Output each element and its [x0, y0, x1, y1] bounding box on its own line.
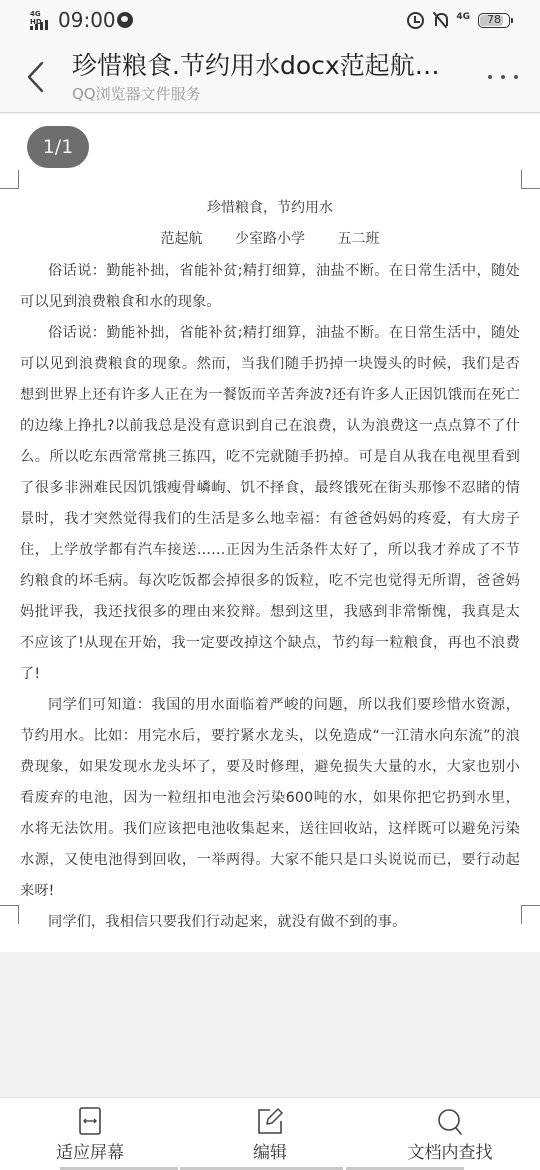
fit-screen-button[interactable]: 适应屏幕: [0, 1098, 180, 1164]
paragraph: 俗话说：勤能补拙，省能补贫;精打细算，油盐不断。在日常生活中，随处可以见到浪费粮…: [20, 256, 520, 318]
battery-icon: 78: [478, 13, 510, 28]
paragraph: 俗话说：勤能补拙，省能补贫;精打细算，油盐不断。在日常生活中，随处可以见到浪费粮…: [20, 318, 520, 690]
fit-screen-icon: [76, 1107, 104, 1135]
mute-bell-icon: [432, 11, 448, 29]
edit-icon: [256, 1107, 284, 1135]
alarm-icon: [407, 12, 424, 29]
qq-browser-icon: [117, 12, 133, 28]
battery-level: 78: [487, 14, 501, 26]
document-title: 珍惜粮食.节约用水docx范起航…: [72, 50, 472, 82]
author-name: 范起航: [161, 222, 203, 256]
fit-screen-label: 适应屏幕: [0, 1142, 180, 1164]
find-label: 文档内查找: [360, 1142, 540, 1164]
bottom-toolbar: 适应屏幕 编辑 文档内查找: [0, 1097, 540, 1170]
document-viewer[interactable]: 1/1 珍惜粮食，节约用水 范起航 少室路小学 五二班 俗话说：勤能补拙，省能补…: [0, 114, 540, 952]
4g-icon: 4G: [456, 12, 470, 22]
nav-bar: 珍惜粮食.节约用水docx范起航… QQ浏览器文件服务: [0, 40, 540, 113]
page-corner-mark: [521, 170, 540, 189]
page-corner-mark: [521, 905, 540, 924]
signal-icon: 4G HD: [30, 10, 52, 28]
document-page: 珍惜粮食，节约用水 范起航 少室路小学 五二班 俗话说：勤能补拙，省能补贫;精打…: [20, 194, 520, 938]
edit-label: 编辑: [180, 1142, 360, 1164]
edit-button[interactable]: 编辑: [180, 1098, 360, 1164]
clock: 09:00: [58, 8, 116, 32]
search-icon: [436, 1107, 464, 1135]
page-corner-mark: [0, 170, 19, 189]
find-in-document-button[interactable]: 文档内查找: [360, 1098, 540, 1164]
page-corner-mark: [0, 905, 19, 924]
more-dots-icon: [488, 75, 492, 79]
back-button[interactable]: [22, 58, 52, 96]
page-indicator: 1/1: [27, 126, 89, 168]
school-name: 少室路小学: [235, 222, 305, 256]
class-name: 五二班: [337, 222, 379, 256]
more-button[interactable]: [488, 72, 518, 82]
paragraph: 同学们可知道：我国的用水面临着严峻的问题，所以我们要珍惜水资源，节约用水。比如：…: [20, 690, 520, 907]
essay-byline: 范起航 少室路小学 五二班: [20, 222, 520, 256]
status-bar: 4G HD 09:00 4G 78: [0, 0, 540, 40]
essay-title: 珍惜粮食，节约用水: [20, 194, 520, 222]
chevron-left-icon: [22, 58, 52, 96]
paragraph: 同学们，我相信只要我们行动起来，就没有做不到的事。: [20, 907, 520, 938]
service-subtitle: QQ浏览器文件服务: [72, 84, 201, 104]
